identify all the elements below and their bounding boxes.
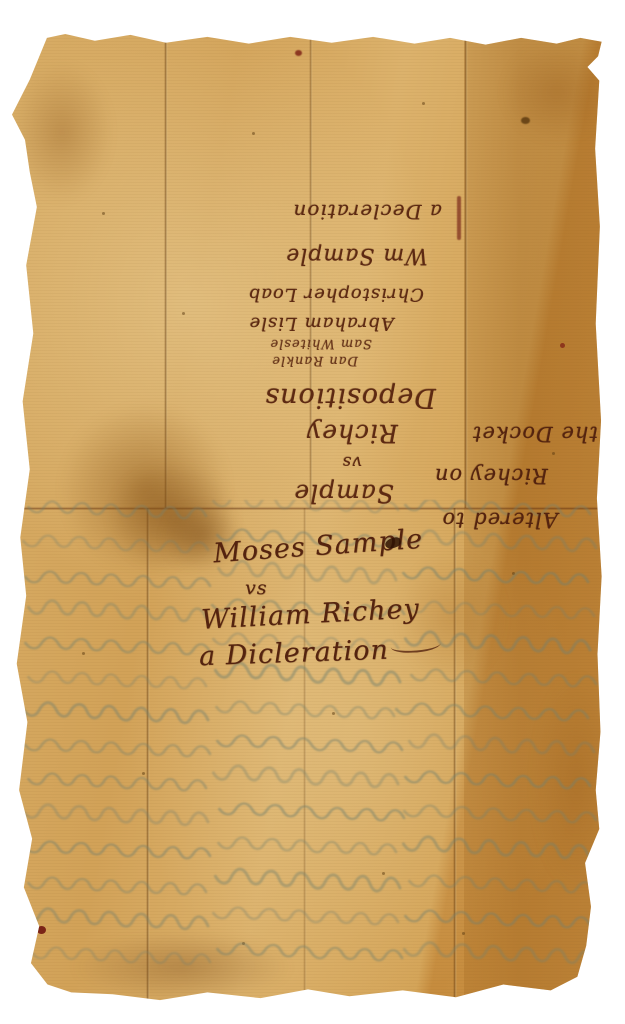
reverse-docket-line: Richey [306,419,398,448]
ink-spot [295,50,302,56]
margin-note-block: Altered to Richey on the Docket [448,368,600,534]
reverse-docket-line: Sample [293,479,394,508]
age-stain [12,62,112,202]
reverse-docket-block: Sample vs Richey Depositions Dan Rankle … [290,178,470,508]
reverse-docket-line: Wm Sample [285,243,428,268]
case-subject-text: a Dicleration [199,635,390,673]
age-stain [502,42,612,142]
pen-flourish [391,640,441,654]
speck [182,312,185,315]
case-versus: vs [245,577,267,599]
margin-note-line: the Docket [472,422,598,446]
reverse-docket-line: Depositions [264,382,436,413]
speck [102,212,105,215]
reverse-docket-line: a Decleration [293,200,442,224]
document-scan: Sample vs Richey Depositions Dan Rankle … [0,0,625,1024]
reverse-docket-line: Dan Rankle [271,353,358,368]
manuscript-paper: Sample vs Richey Depositions Dan Rankle … [12,32,604,1004]
ink-spot [560,343,565,348]
reverse-docket-line: Christopher Loab [248,284,424,305]
reverse-docket-line: Abraham Lisle [249,313,394,334]
reverse-docket-line: Sam Whitesle [270,336,372,351]
speck [422,102,425,105]
ink-spot [521,117,530,124]
margin-note-line: Richey on [434,464,548,488]
reverse-docket-line: vs [342,452,362,472]
speck [252,132,255,135]
margin-note-line: Altered to [442,508,558,532]
ink-bleedthrough [18,500,598,1000]
